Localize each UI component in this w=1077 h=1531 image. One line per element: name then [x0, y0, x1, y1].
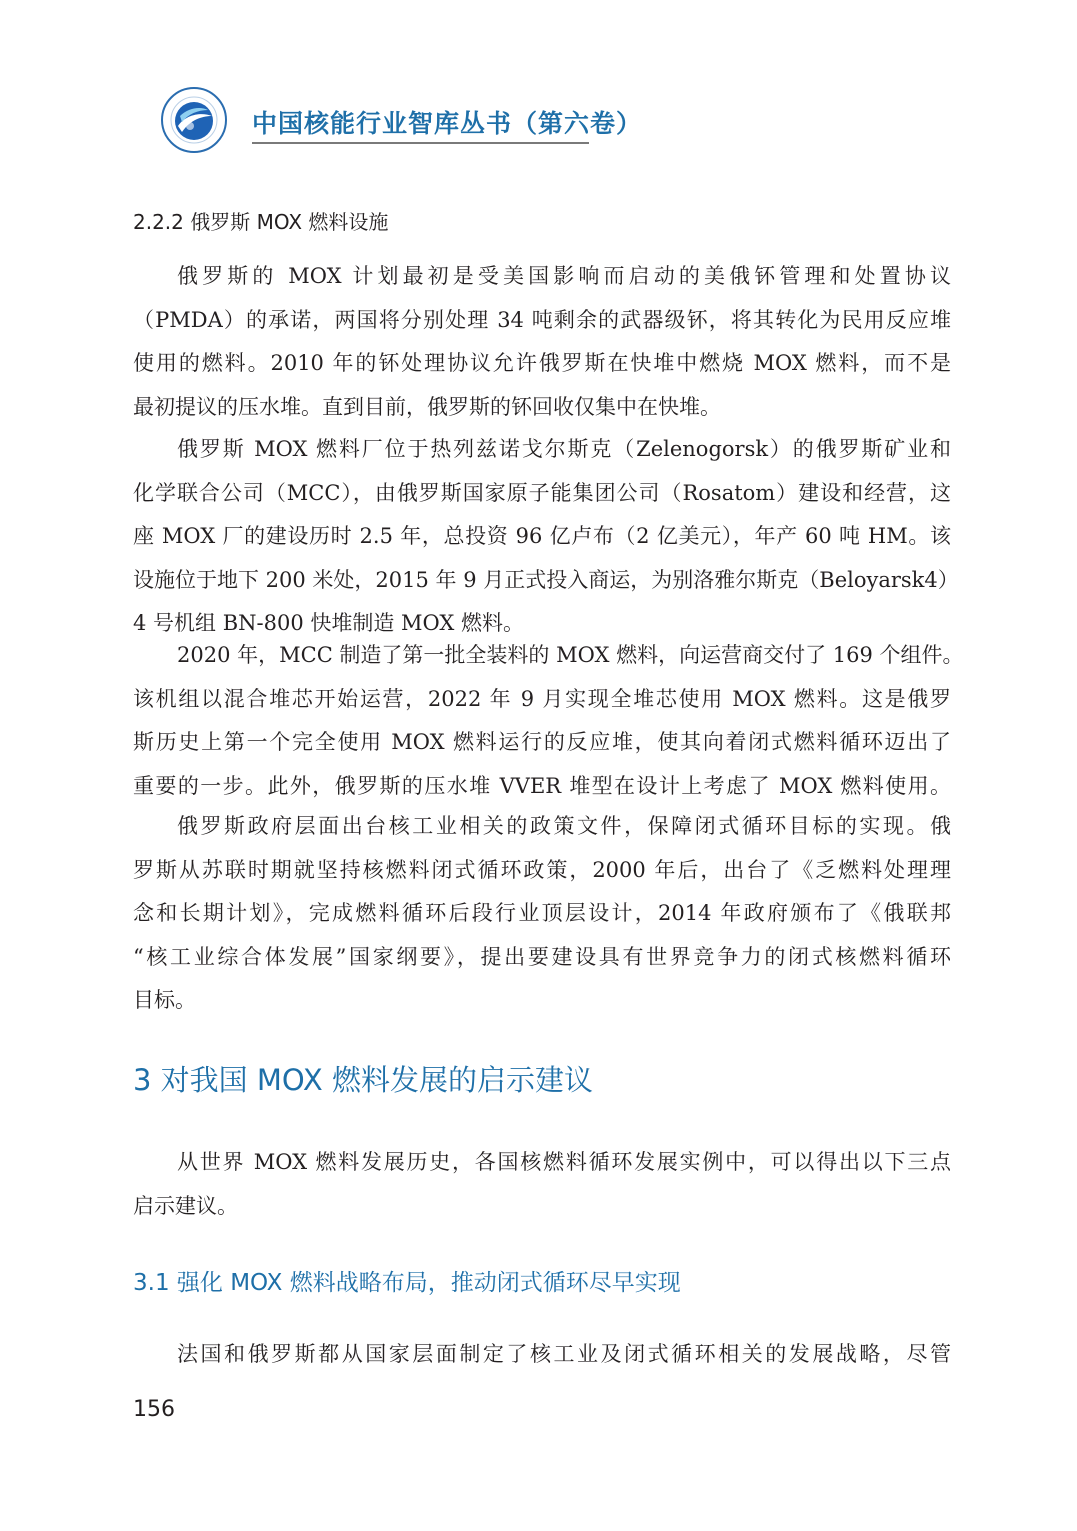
text-line: 使用的燃料。2010 年的钚处理协议允许俄罗斯在快堆中燃烧 MOX 燃料，而不是 — [133, 342, 951, 386]
paragraph-mox-plant: 俄罗斯 MOX 燃料厂位于热列兹诺戈尔斯克（Zelenogorsk）的俄罗斯矿业… — [133, 428, 951, 646]
header-divider — [252, 142, 589, 144]
paragraph-section-3-1: 法国和俄罗斯都从国家层面制定了核工业及闭式循环相关的发展战略，尽管 — [133, 1333, 951, 1377]
section-heading-3-1: 3.1 强化 MOX 燃料战略布局，推动闭式循环尽早实现 — [133, 1264, 681, 1297]
text-line: 罗斯从苏联时期就坚持核燃料闭式循环政策，2000 年后，出台了《乏燃料处理理 — [133, 849, 951, 893]
text-line: 目标。 — [133, 979, 951, 1023]
text-line: 法国和俄罗斯都从国家层面制定了核工业及闭式循环相关的发展战略，尽管 — [133, 1333, 951, 1377]
paragraph-pmda: 俄罗斯的 MOX 计划最初是受美国影响而启动的美俄钚管理和处置协议 （PMDA）… — [133, 255, 951, 429]
text-line: 俄罗斯 MOX 燃料厂位于热列兹诺戈尔斯克（Zelenogorsk）的俄罗斯矿业… — [133, 428, 951, 472]
text-line: 2020 年，MCC 制造了第一批全装料的 MOX 燃料，向运营商交付了 169… — [133, 634, 951, 678]
text-line: 念和长期计划》，完成燃料循环后段行业顶层设计，2014 年政府颁布了《俄联邦 — [133, 892, 951, 936]
section-heading-2-2-2: 2.2.2 俄罗斯 MOX 燃料设施 — [133, 206, 388, 235]
text-line: 化学联合公司（MCC），由俄罗斯国家原子能集团公司（Rosatom）建设和经营，… — [133, 472, 951, 516]
page-number: 156 — [133, 1397, 175, 1422]
text-line: 俄罗斯的 MOX 计划最初是受美国影响而启动的美俄钚管理和处置协议 — [133, 255, 951, 299]
text-line: 重要的一步。此外，俄罗斯的压水堆 VVER 堆型在设计上考虑了 MOX 燃料使用… — [133, 765, 951, 809]
text-line: 最初提议的压水堆。直到目前，俄罗斯的钚回收仅集中在快堆。 — [133, 386, 951, 430]
association-logo-icon — [160, 86, 228, 154]
section-heading-3: 3 对我国 MOX 燃料发展的启示建议 — [133, 1058, 593, 1099]
text-line: 座 MOX 厂的建设历时 2.5 年，总投资 96 亿卢布（2 亿美元），年产 … — [133, 515, 951, 559]
text-line: 该机组以混合堆芯开始运营，2022 年 9 月实现全堆芯使用 MOX 燃料。这是… — [133, 678, 951, 722]
text-line: 斯历史上第一个完全使用 MOX 燃料运行的反应堆，使其向着闭式燃料循环迈出了 — [133, 721, 951, 765]
text-line: 启示建议。 — [133, 1185, 951, 1229]
text-line: （PMDA）的承诺，两国将分别处理 34 吨剩余的武器级钚，将其转化为民用反应堆 — [133, 299, 951, 343]
paragraph-2020-mcc: 2020 年，MCC 制造了第一批全装料的 MOX 燃料，向运营商交付了 169… — [133, 634, 951, 808]
text-line: 从世界 MOX 燃料发展历史，各国核燃料循环发展实例中，可以得出以下三点 — [133, 1141, 951, 1185]
text-line: 设施位于地下 200 米处，2015 年 9 月正式投入商运，为别洛雅尔斯克（B… — [133, 559, 951, 603]
running-header: 中国核能行业智库丛书（第六卷） — [160, 86, 600, 156]
paragraph-policy: 俄罗斯政府层面出台核工业相关的政策文件，保障闭式循环目标的实现。俄 罗斯从苏联时… — [133, 805, 951, 1023]
text-line: “核工业综合体发展”国家纲要》，提出要建设具有世界竞争力的闭式核燃料循环 — [133, 936, 951, 980]
paragraph-section-3-intro: 从世界 MOX 燃料发展历史，各国核燃料循环发展实例中，可以得出以下三点 启示建… — [133, 1141, 951, 1228]
series-title: 中国核能行业智库丛书（第六卷） — [252, 104, 642, 140]
text-line: 俄罗斯政府层面出台核工业相关的政策文件，保障闭式循环目标的实现。俄 — [133, 805, 951, 849]
